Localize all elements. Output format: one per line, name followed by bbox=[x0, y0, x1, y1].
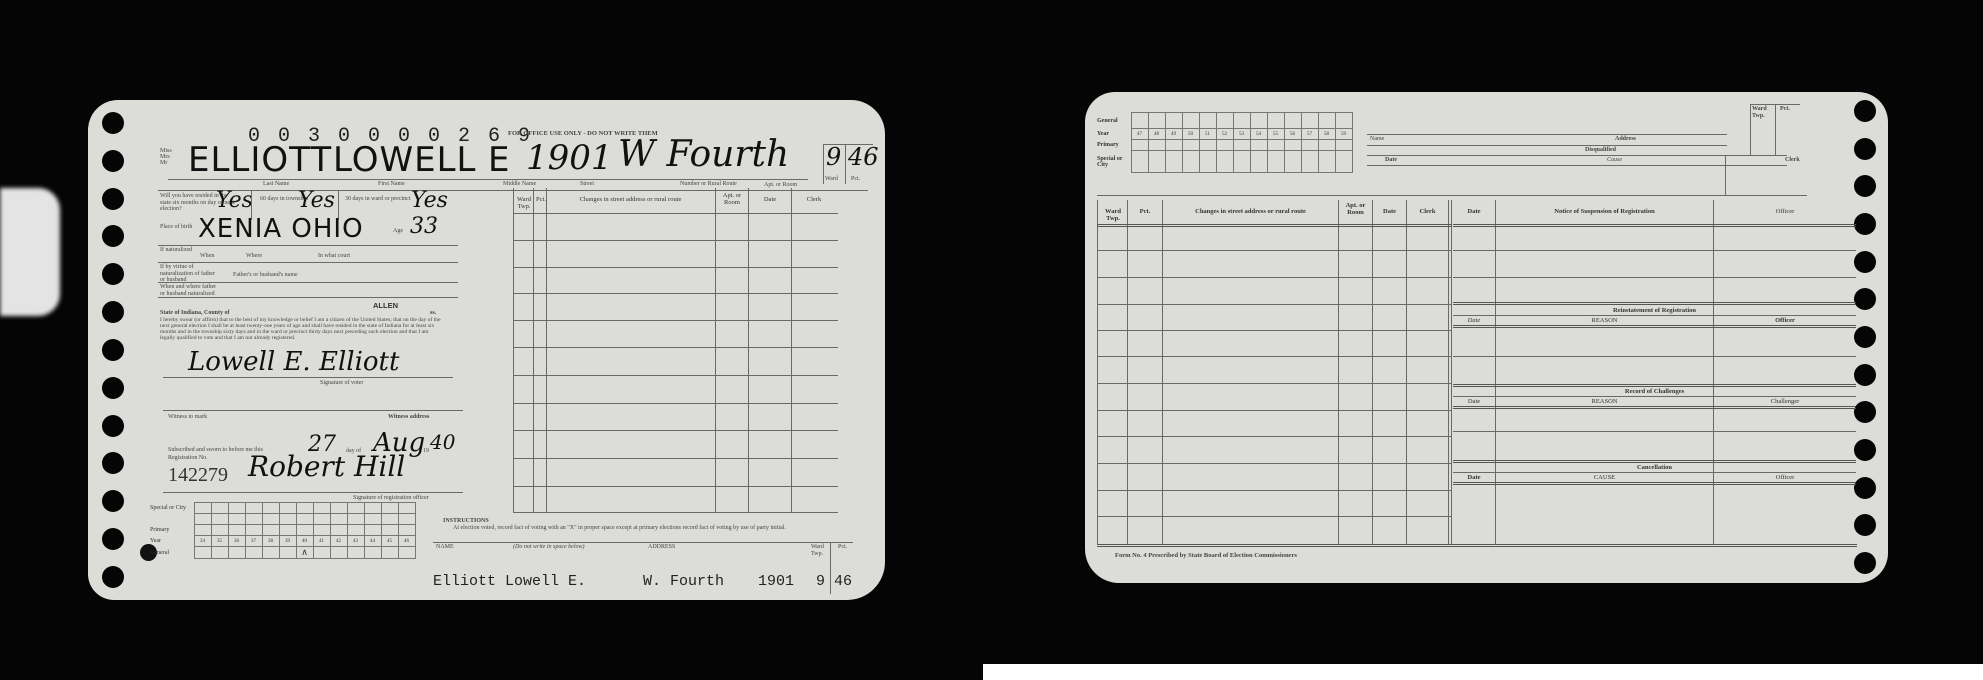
punch-hole-icon bbox=[102, 150, 124, 172]
last-name: ELLIOTT bbox=[188, 140, 332, 180]
registration-number: 142279 bbox=[168, 464, 228, 487]
answer-township: Yes bbox=[298, 188, 335, 213]
house-number: 1901 bbox=[526, 138, 613, 178]
punch-hole-icon bbox=[102, 452, 124, 474]
punch-hole-icon bbox=[102, 339, 124, 361]
punch-hole-icon bbox=[102, 225, 124, 247]
punch-hole-icon bbox=[102, 263, 124, 285]
punch-hole-icon bbox=[102, 377, 124, 399]
punch-hole-icon bbox=[1854, 326, 1876, 348]
registration-card-front: 0 0 3 0 0 0 0 2 6 9 FOR OFFICE USE ONLY … bbox=[88, 100, 885, 600]
punch-hole-icon bbox=[1854, 100, 1876, 122]
street-name: W Fourth bbox=[618, 134, 789, 175]
sworn-year: 40 bbox=[430, 430, 455, 454]
punch-hole-icon bbox=[1854, 175, 1876, 197]
punch-hole-icon bbox=[1854, 364, 1876, 386]
punch-hole-icon bbox=[1854, 477, 1876, 499]
punch-hole-icon bbox=[1854, 439, 1876, 461]
vote-record-grid: Special or City Primary Year 3435 3637 3… bbox=[150, 502, 416, 559]
punch-hole-icon bbox=[1854, 138, 1876, 160]
punch-hole-icon bbox=[102, 566, 124, 588]
stub-pct: 46 bbox=[834, 573, 852, 590]
cancellation-title: Cancellation bbox=[1453, 464, 1856, 471]
punch-hole-icon bbox=[1854, 213, 1876, 235]
instructions-text: At election voted, record fact of voting… bbox=[453, 525, 843, 532]
punch-hole-icon bbox=[102, 415, 124, 437]
stub-number: 1901 bbox=[758, 573, 794, 590]
punch-hole-icon bbox=[1854, 288, 1876, 310]
instructions-title: INSTRUCTIONS bbox=[443, 518, 489, 525]
place-of-birth: XENIA OHIO bbox=[198, 214, 364, 244]
stub-name: Elliott Lowell E. bbox=[433, 573, 586, 590]
scan-edge bbox=[983, 664, 1983, 680]
oath-text: I hereby swear (or affirm) that to the b… bbox=[160, 317, 445, 342]
punch-holes bbox=[1854, 100, 1876, 574]
challenges-title: Record of Challenges bbox=[1453, 388, 1856, 395]
punch-hole-icon bbox=[102, 188, 124, 210]
punch-hole-icon bbox=[1854, 552, 1876, 574]
reinstatement-title: Reinstatement of Registration bbox=[1453, 307, 1856, 314]
age-value: 33 bbox=[410, 214, 438, 239]
precinct-number: 46 bbox=[848, 143, 879, 171]
middle-initial: E bbox=[488, 140, 509, 180]
voter-signature: Lowell E. Elliott bbox=[188, 347, 399, 377]
officer-signature: Robert Hill bbox=[248, 450, 405, 483]
punch-hole-icon bbox=[1854, 401, 1876, 423]
punch-hole-icon bbox=[1854, 514, 1876, 536]
punch-hole-icon bbox=[102, 490, 124, 512]
answer-ward: Yes bbox=[411, 188, 448, 213]
scan-artifact bbox=[0, 188, 60, 316]
punch-hole-icon bbox=[1854, 251, 1876, 273]
punch-hole-icon bbox=[102, 301, 124, 323]
punch-holes bbox=[102, 112, 124, 588]
answer-state: Yes bbox=[216, 188, 253, 213]
registration-card-back: General Year 4748 4950 5152 5354 5556 57… bbox=[1085, 92, 1888, 583]
punch-hole-icon bbox=[102, 528, 124, 550]
punch-hole-icon bbox=[102, 112, 124, 134]
salutation: Miss Mrs Mr bbox=[160, 148, 172, 166]
vote-record-grid: General Year 4748 4950 5152 5354 5556 57… bbox=[1097, 112, 1353, 173]
stub-ward: 9 bbox=[816, 573, 825, 590]
county-name: ALLEN bbox=[373, 302, 398, 311]
ward-number: 9 bbox=[826, 143, 841, 171]
first-name: LOWELL bbox=[333, 140, 476, 180]
stub-street: W. Fourth bbox=[643, 573, 724, 590]
form-footer: Form No. 4 Prescribed by State Board of … bbox=[1115, 552, 1297, 559]
